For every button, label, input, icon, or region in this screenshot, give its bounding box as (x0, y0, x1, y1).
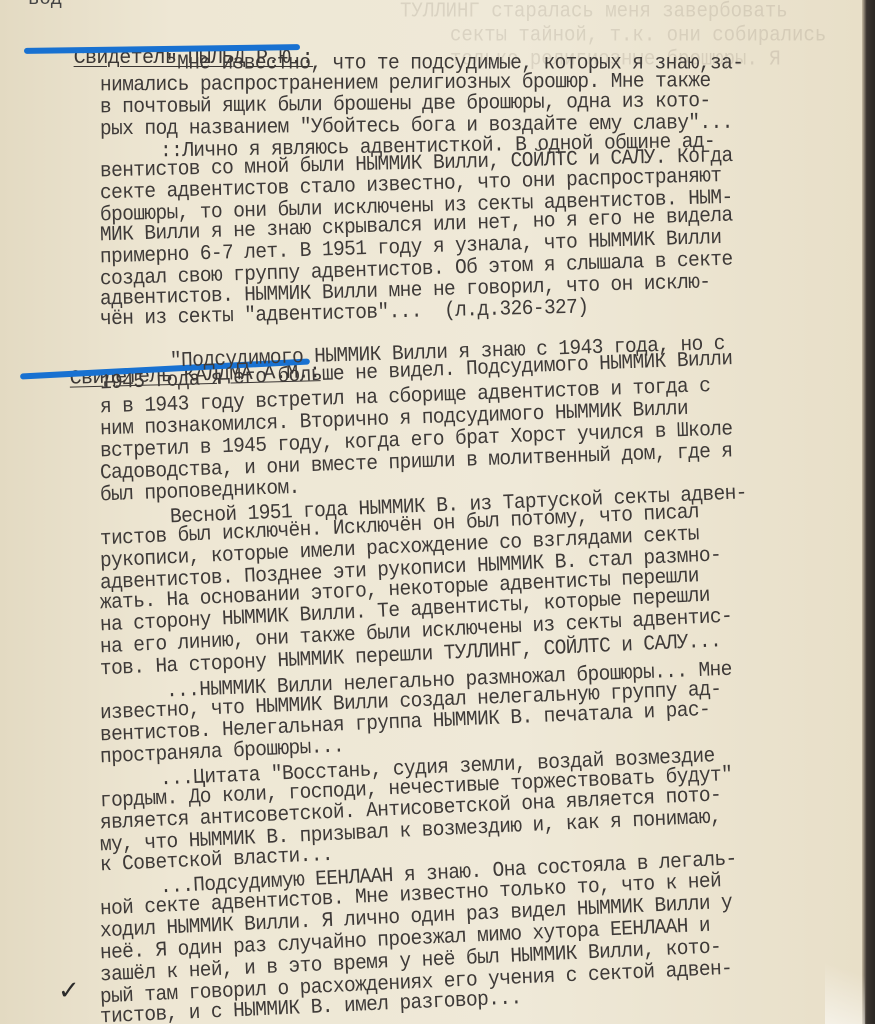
cut-off-text: вод- (28, 0, 74, 10)
page-edge-shadow (862, 0, 875, 1024)
checkmark-icon: ✓ (58, 976, 80, 1006)
document-page: вод- ТУЛЛИНГ старалась меня завербовать … (0, 0, 862, 1024)
page-curl (825, 934, 865, 1024)
bleed-through-text: ТУЛЛИНГ старалась меня завербовать (400, 0, 788, 23)
bleed-through-text: секты тайной, т.к. они собирались (450, 23, 826, 47)
